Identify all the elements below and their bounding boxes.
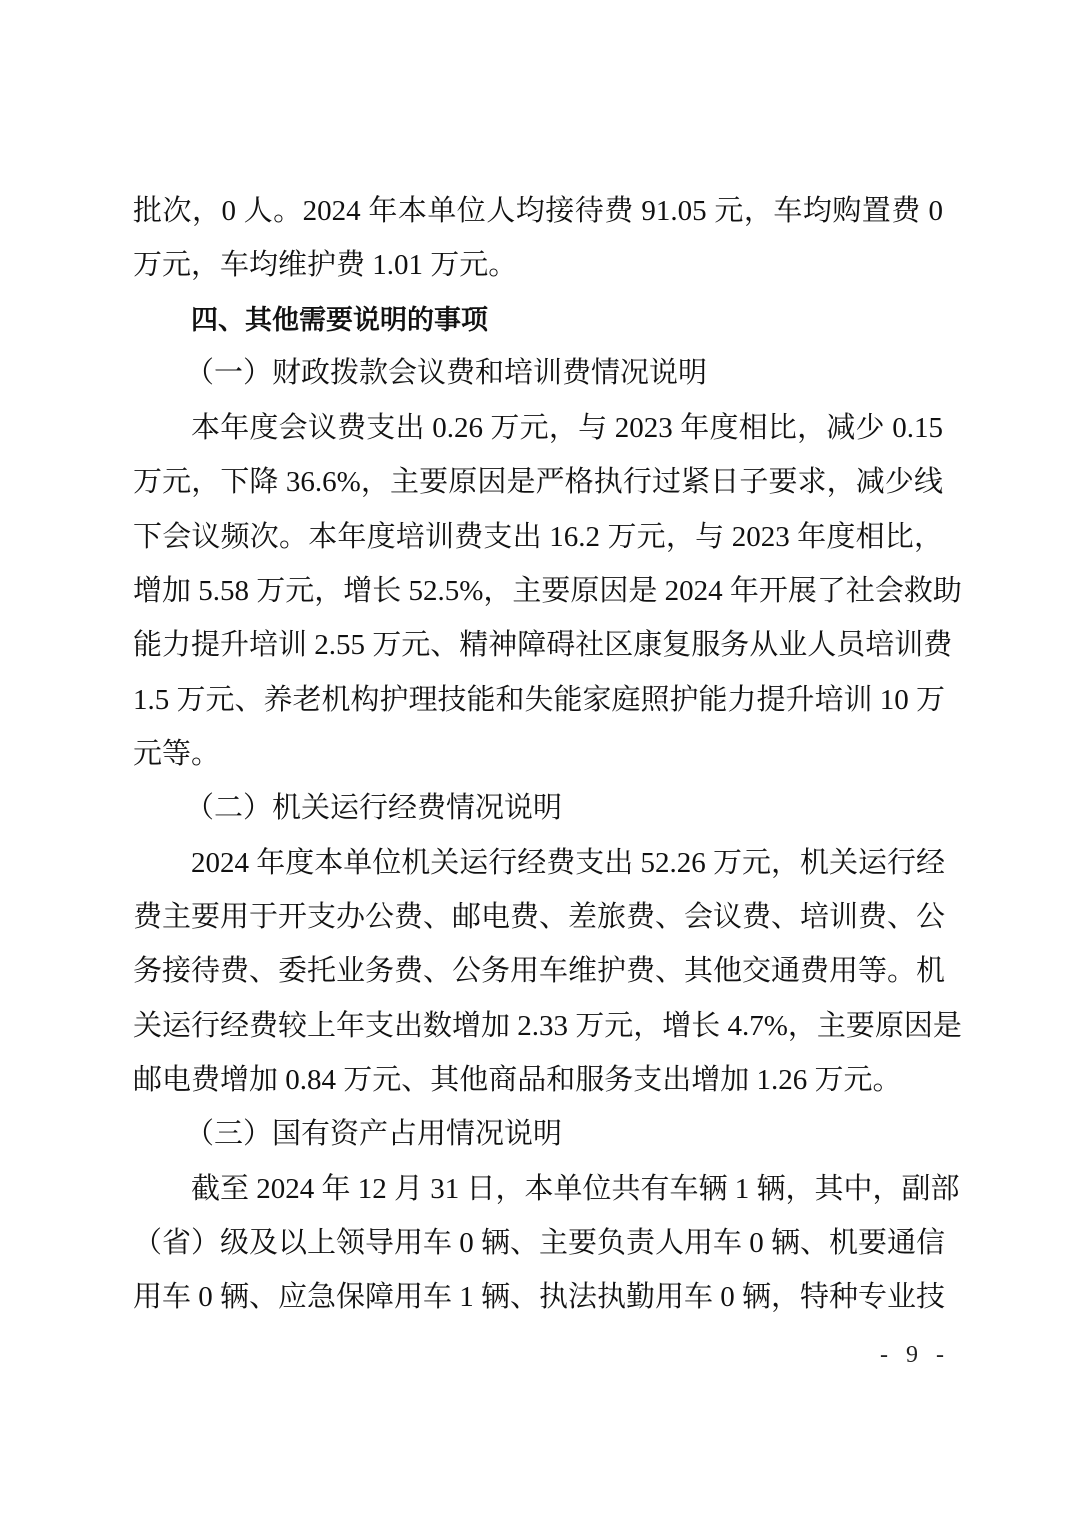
text-line-1: 批次，0 人。2024 年本单位人均接待费 91.05 元，车均购置费 0	[133, 191, 943, 231]
text-line-7: 下会议频次。本年度培训费支出 16.2 万元，与 2023 年度相比，	[133, 517, 943, 557]
document-page: 批次，0 人。2024 年本单位人均接待费 91.05 元，车均购置费 0 万元…	[0, 0, 1074, 1520]
text-line-6: 万元，下降 36.6%，主要原因是严格执行过紧日子要求，减少线	[133, 462, 943, 502]
text-line-17: 邮电费增加 0.84 万元、其他商品和服务支出增加 1.26 万元。	[133, 1060, 943, 1100]
subsection-heading-2: （二）机关运行经费情况说明	[185, 788, 562, 828]
text-line-19: 截至 2024 年 12 月 31 日，本单位共有车辆 1 辆，其中，副部	[191, 1169, 943, 1209]
text-line-11: 元等。	[133, 734, 943, 774]
text-line-13: 2024 年度本单位机关运行经费支出 52.26 万元，机关运行经	[191, 843, 943, 883]
subsection-heading-1: （一）财政拨款会议费和培训费情况说明	[185, 353, 707, 393]
text-line-10: 1.5 万元、养老机构护理技能和失能家庭照护能力提升培训 10 万	[133, 680, 943, 720]
section-heading-4: 四、其他需要说明的事项	[191, 301, 488, 341]
text-line-14: 费主要用于开支办公费、邮电费、差旅费、会议费、培训费、公	[133, 897, 943, 937]
text-line-20: （省）级及以上领导用车 0 辆、主要负责人用车 0 辆、机要通信	[133, 1223, 943, 1263]
page-number: - 9 -	[880, 1342, 950, 1369]
text-line-16: 关运行经费较上年支出数增加 2.33 万元，增长 4.7%，主要原因是	[133, 1006, 943, 1046]
subsection-heading-3: （三）国有资产占用情况说明	[185, 1114, 562, 1154]
text-line-21: 用车 0 辆、应急保障用车 1 辆、执法执勤用车 0 辆，特种专业技	[133, 1277, 943, 1317]
text-line-5: 本年度会议费支出 0.26 万元，与 2023 年度相比，减少 0.15	[191, 408, 943, 448]
text-line-8: 增加 5.58 万元，增长 52.5%，主要原因是 2024 年开展了社会救助	[133, 571, 943, 611]
text-line-9: 能力提升培训 2.55 万元、精神障碍社区康复服务从业人员培训费	[133, 625, 943, 665]
text-line-15: 务接待费、委托业务费、公务用车维护费、其他交通费用等。机	[133, 951, 943, 991]
text-line-2: 万元，车均维护费 1.01 万元。	[133, 245, 943, 285]
